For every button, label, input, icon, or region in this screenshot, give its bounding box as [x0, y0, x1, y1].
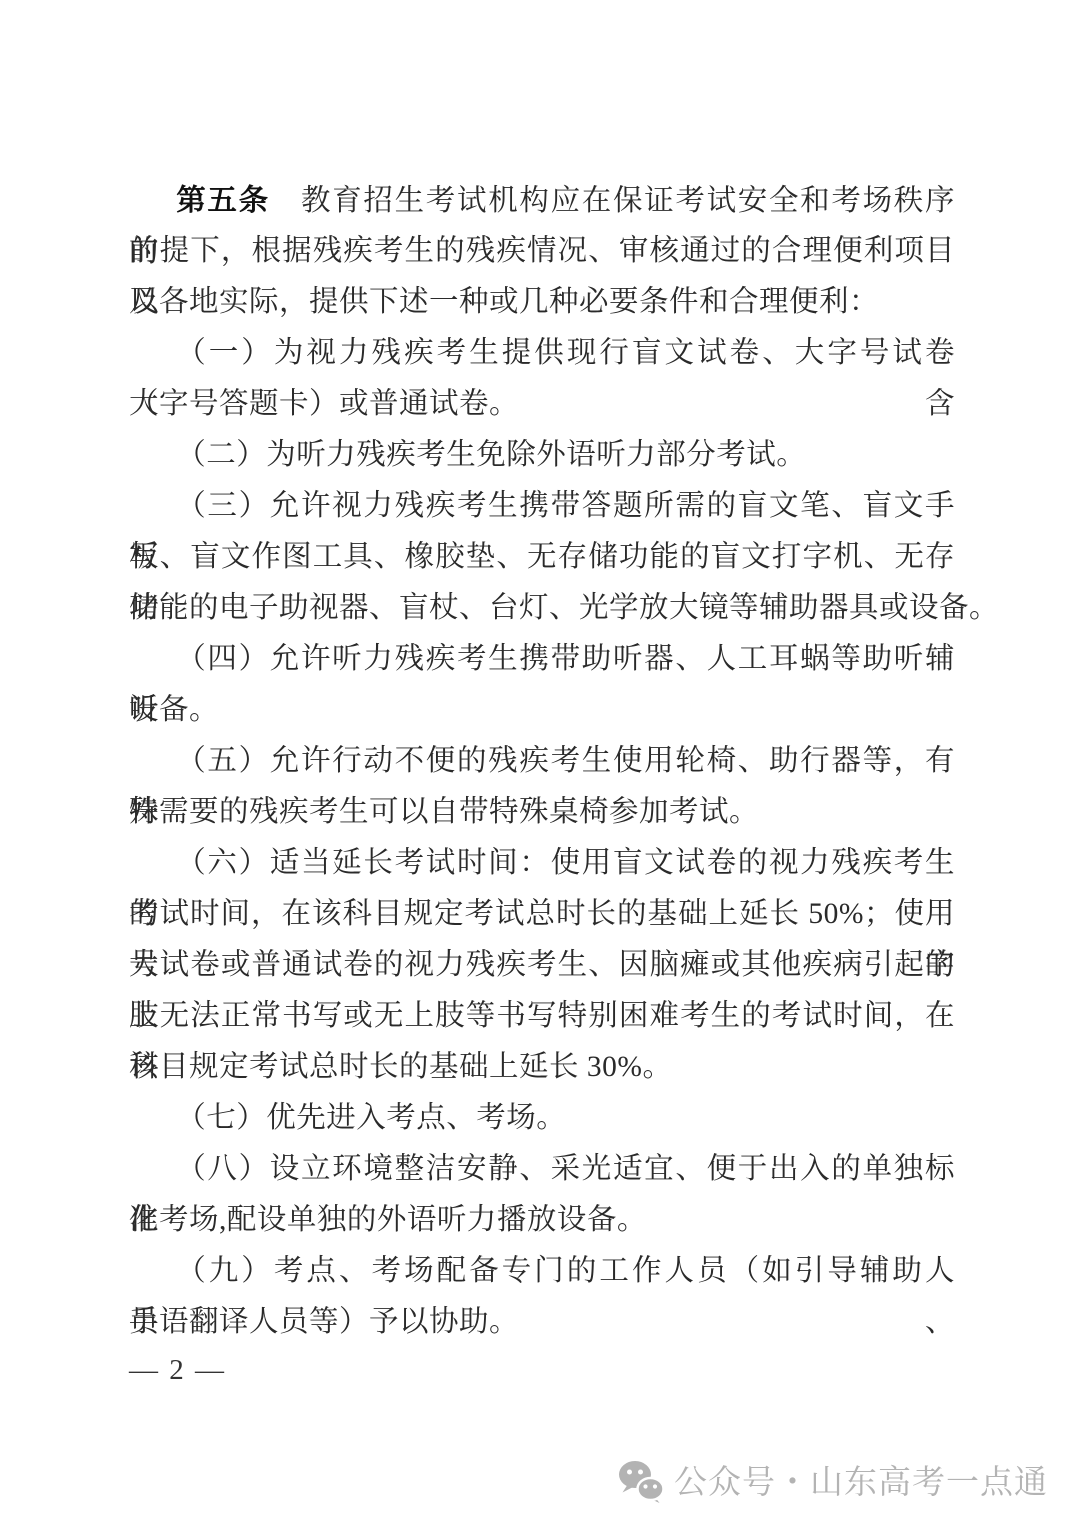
document-page: 第五条 教育招生考试机构应在保证考试安全和考场秩序的前提下，根据残疾考生的残疾情… — [0, 0, 1080, 1527]
page-number: — 2 — — [129, 1348, 226, 1392]
text-line: （九）考点、考场配备专门的工作人员（如引导辅助人员、 — [129, 1246, 955, 1297]
text-segment: 殊需要的残疾考生可以自带特殊桌椅参加考试。 — [129, 796, 759, 828]
text-line: 化考场,配设单独的外语听力播放设备。 — [129, 1195, 955, 1246]
article-number-label: 第五条 — [176, 184, 270, 217]
watermark: 公众号・山东高考一点通 — [618, 1458, 1048, 1506]
text-line: （八）设立环境整洁安静、采光适宜、便于出入的单独标准 — [129, 1144, 955, 1195]
document-body: 第五条 教育招生考试机构应在保证考试安全和考场秩序的前提下，根据残疾考生的残疾情… — [129, 175, 955, 1348]
text-segment: 设备。 — [129, 694, 219, 726]
text-line: 功能的电子助视器、盲杖、台灯、光学放大镜等辅助器具或设备。 — [129, 583, 955, 634]
wechat-icon — [618, 1459, 664, 1505]
text-line: 肢无法正常书写或无上肢等书写特别困难考生的考试时间，在该 — [129, 991, 955, 1042]
text-segment: 及各地实际，提供下述一种或几种必要条件和合理便利： — [129, 286, 879, 318]
text-segment: （七）优先进入考点、考场。 — [176, 1102, 566, 1134]
text-line: （一）为视力残疾考生提供现行盲文试卷、大字号试卷（含 — [129, 328, 955, 379]
text-segment: （二）为听力残疾考生免除外语听力部分考试。 — [176, 439, 806, 471]
text-line: （三）允许视力残疾考生携带答题所需的盲文笔、盲文手写 — [129, 481, 955, 532]
text-segment: 化考场,配设单独的外语听力播放设备。 — [129, 1204, 647, 1236]
text-segment: 手语翻译人员等）予以协助。 — [129, 1306, 519, 1338]
text-line: 殊需要的残疾考生可以自带特殊桌椅参加考试。 — [129, 787, 955, 838]
text-line: （二）为听力残疾考生免除外语听力部分考试。 — [129, 430, 955, 481]
text-segment: 功能的电子助视器、盲杖、台灯、光学放大镜等辅助器具或设备。 — [129, 592, 999, 624]
text-line: （四）允许听力残疾考生携带助听器、人工耳蜗等助听辅听 — [129, 634, 955, 685]
text-line: 号试卷或普通试卷的视力残疾考生、因脑瘫或其他疾病引起的上 — [129, 940, 955, 991]
text-line: （五）允许行动不便的残疾考生使用轮椅、助行器等，有特 — [129, 736, 955, 787]
watermark-label: 公众号・山东高考一点通 — [674, 1459, 1048, 1505]
text-line: （六）适当延长考试时间：使用盲文试卷的视力残疾考生的 — [129, 838, 955, 889]
text-segment: 大字号答题卡）或普通试卷。 — [129, 388, 519, 420]
text-line: 前提下，根据残疾考生的残疾情况、审核通过的合理便利项目以 — [129, 226, 955, 277]
text-line: 设备。 — [129, 685, 955, 736]
text-line: （七）优先进入考点、考场。 — [129, 1093, 955, 1144]
text-line: 板、盲文作图工具、橡胶垫、无存储功能的盲文打字机、无存储 — [129, 532, 955, 583]
text-line: 及各地实际，提供下述一种或几种必要条件和合理便利： — [129, 277, 955, 328]
text-segment: 科目规定考试总时长的基础上延长 30%。 — [129, 1051, 672, 1083]
text-line: 科目规定考试总时长的基础上延长 30%。 — [129, 1042, 955, 1093]
text-line: 第五条 教育招生考试机构应在保证考试安全和考场秩序的 — [129, 175, 955, 226]
text-line: 考试时间，在该科目规定考试总时长的基础上延长 50%；使用大字 — [129, 889, 955, 940]
